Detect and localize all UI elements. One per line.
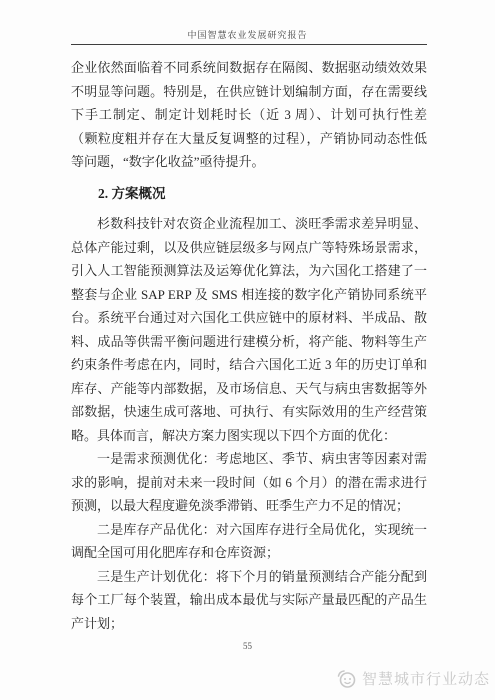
document-page: 中国智慧农业发展研究报告 企业依然面临着不同系统间数据存在隔阂、数据驱动绩效效果… <box>0 0 495 700</box>
watermark-logo-icon <box>337 669 357 689</box>
paragraph-overview: 杉数科技针对农资企业流程加工、淡旺季需求差异明显、总体产能过剩，以及供应链层级多… <box>71 212 427 447</box>
page-header-title: 中国智慧农业发展研究报告 <box>0 28 495 41</box>
paragraph-optimization-3: 三是生产计划优化：将下个月的销量预测结合产能分配到每个工厂每个装置，输出成本最优… <box>71 565 427 636</box>
paragraph-optimization-2: 二是库存产品优化：对六国库存进行全局优化，实现统一调配全国可用化肥库存和仓库资源… <box>71 518 427 565</box>
watermark: 智慧城市行业动态 <box>337 668 490 689</box>
watermark-text: 智慧城市行业动态 <box>362 668 490 689</box>
section-heading: 2. 方案概况 <box>71 182 427 206</box>
page-number: 55 <box>0 641 495 651</box>
document-body: 企业依然面临着不同系统间数据存在隔阂、数据驱动绩效效果不明显等问题。特别是，在供… <box>71 56 427 635</box>
header-rule <box>71 44 427 45</box>
paragraph-intro: 企业依然面临着不同系统间数据存在隔阂、数据驱动绩效效果不明显等问题。特别是，在供… <box>71 56 427 174</box>
paragraph-optimization-1: 一是需求预测优化：考虑地区、季节、病虫害等因素对需求的影响，提前对未来一段时间（… <box>71 447 427 518</box>
